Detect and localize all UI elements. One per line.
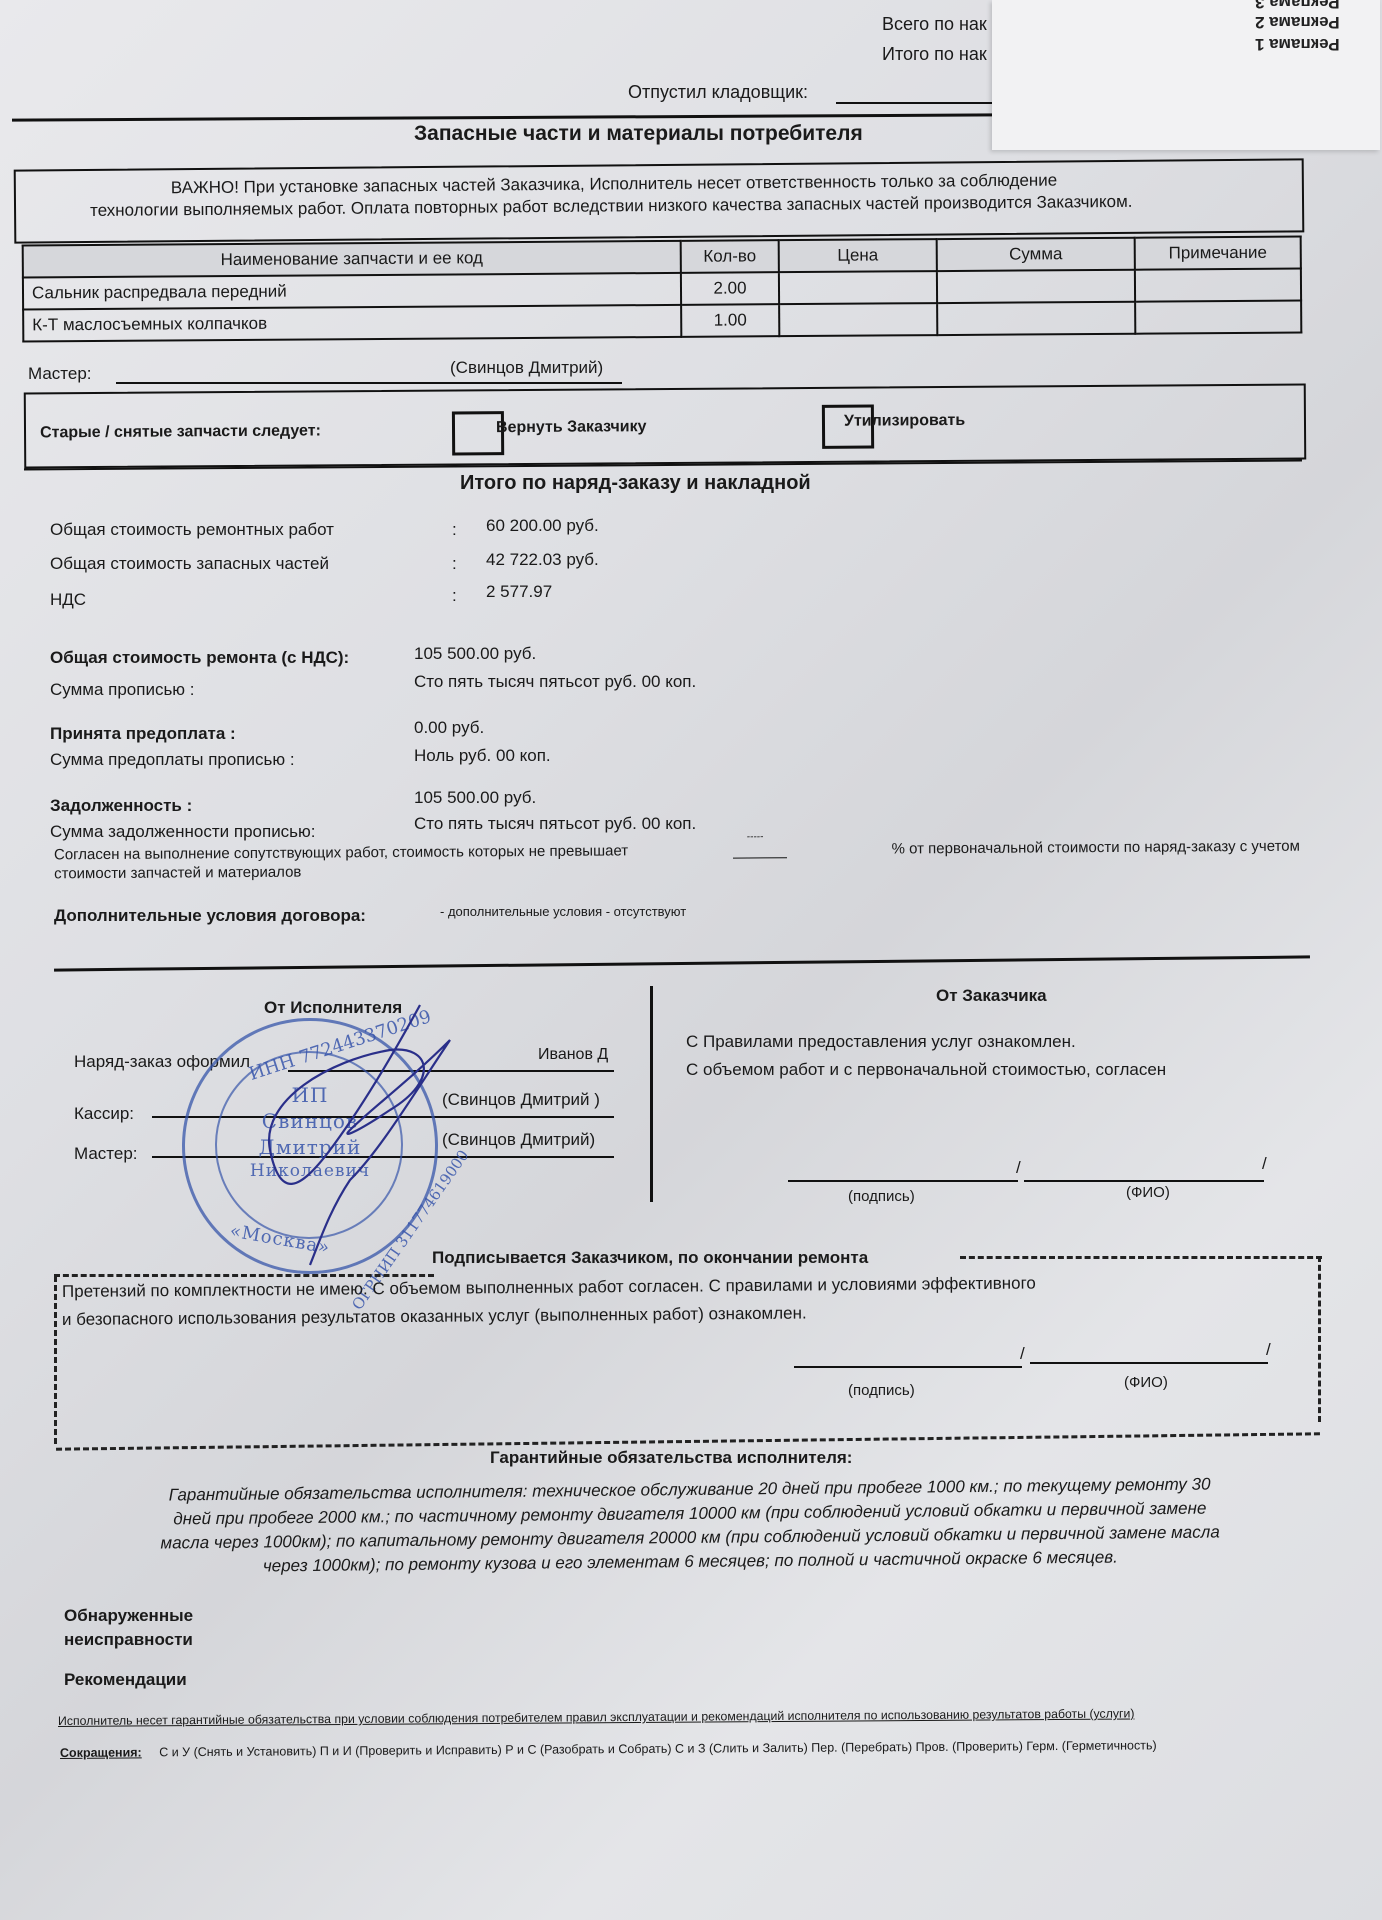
part-sum xyxy=(937,302,1135,335)
customer-title: От Заказчика xyxy=(936,986,1047,1006)
colon: : xyxy=(452,520,457,540)
warranty-text: Гарантийные обязательства исполнителя: т… xyxy=(100,1472,1281,1580)
dashed-border xyxy=(1318,1256,1321,1422)
prepayment-words-label: Сумма предоплаты прописью : xyxy=(50,750,295,770)
itogo-by-invoice-label: Итого по нак xyxy=(882,44,987,65)
part-qty: 2.00 xyxy=(681,272,779,305)
total-with-vat-value: 105 500.00 руб. xyxy=(414,644,536,664)
executor-master-label: Мастер: xyxy=(74,1144,138,1164)
vat-value: 2 577.97 xyxy=(486,582,552,602)
signatures-column-divider xyxy=(650,986,653,1202)
dispose-label: Утилизировать xyxy=(844,412,965,431)
slash: / xyxy=(1266,1340,1271,1360)
parts-cost-label: Общая стоимость запасных частей xyxy=(50,554,329,574)
warranty-title: Гарантийные обязательства исполнителя: xyxy=(490,1448,852,1468)
consent-text: Согласен на выполнение сопутствующих раб… xyxy=(54,838,1300,883)
part-note xyxy=(1135,301,1301,334)
part-note xyxy=(1135,269,1301,302)
recommendations-label: Рекомендации xyxy=(64,1670,187,1690)
labor-cost-label: Общая стоимость ремонтных работ xyxy=(50,520,334,540)
master-value: (Свинцов Дмитрий) xyxy=(450,358,603,378)
faults-label-2: неисправности xyxy=(64,1630,193,1650)
final-signature-line[interactable] xyxy=(794,1366,1022,1368)
debt-value: 105 500.00 руб. xyxy=(414,788,536,808)
debt-words-value: Сто пять тысяч пятьсот руб. 00 коп. xyxy=(414,814,696,834)
slash: / xyxy=(1016,1158,1021,1178)
sticker-label: Рекпама 2 xyxy=(1255,12,1340,32)
advertisement-sticker: Рекпама 1 Рекпама 2 Рекпама 3 xyxy=(992,0,1380,150)
customer-fio-caption: (ФИО) xyxy=(1126,1184,1170,1201)
customer-sign-caption: (подпись) xyxy=(848,1188,915,1205)
old-parts-box: Старые / снятые запчасти следует: Вернут… xyxy=(24,384,1306,469)
consent-percent-value: ----- xyxy=(747,831,764,842)
warning-box: ВАЖНО! При установке запасных частей Зак… xyxy=(14,158,1305,243)
prepayment-words-value: Ноль руб. 00 коп. xyxy=(414,746,551,766)
parts-cost-value: 42 722.03 руб. xyxy=(486,550,599,570)
signatures-divider xyxy=(54,955,1310,971)
column-header: Наименование запчасти и ее код xyxy=(23,241,681,278)
consent-percent-field[interactable]: ----- xyxy=(733,841,787,858)
faults-label-1: Обнаруженные xyxy=(64,1606,193,1626)
final-fio-line[interactable] xyxy=(1030,1362,1268,1364)
additional-conditions-label: Дополнительные условия договора: xyxy=(54,906,366,926)
consent-text-before: Согласен на выполнение сопутствующих раб… xyxy=(54,842,628,863)
column-header: Сумма xyxy=(937,238,1135,271)
final-sign-line-1: Претензий по комплектности не имею. С об… xyxy=(62,1274,1036,1302)
header-divider xyxy=(12,113,996,121)
master-signature-line xyxy=(116,382,622,384)
total-words-label: Сумма прописью : xyxy=(50,680,195,700)
debt-words-label: Сумма задолженности прописью: xyxy=(50,822,316,842)
customer-line-2: С объемом работ и с первоначальной стоим… xyxy=(686,1060,1166,1080)
column-header: Кол-во xyxy=(681,240,779,273)
section-title: Запасные части и материалы потребителя xyxy=(414,122,863,146)
final-sign-line-2: и безопасного использования результатов … xyxy=(62,1304,807,1330)
part-price xyxy=(779,303,937,336)
customer-signature-line[interactable] xyxy=(788,1180,1018,1182)
additional-conditions-value: - дополнительные условия - отсутствуют xyxy=(440,904,686,919)
dashed-border xyxy=(54,1274,434,1277)
part-name: Сальник распредвала передний xyxy=(23,273,681,310)
customer-line-1: С Правилами предоставления услуг ознаком… xyxy=(686,1032,1076,1052)
debt-label: Задолженность : xyxy=(50,796,192,816)
dashed-border xyxy=(54,1276,57,1444)
colon: : xyxy=(452,554,457,574)
return-to-customer-label: Вернуть Заказчику xyxy=(496,418,647,437)
abbreviations: Сокращения: С и У (Снять и Установить) П… xyxy=(60,1738,1157,1760)
final-sign-title: Подписывается Заказчиком, по окончании р… xyxy=(432,1248,868,1268)
storekeeper-signature-line xyxy=(836,102,996,104)
colon: : xyxy=(452,586,457,606)
abbreviations-value: С и У (Снять и Установить) П и И (Провер… xyxy=(159,1738,1157,1759)
labor-cost-value: 60 200.00 руб. xyxy=(486,516,599,536)
consent-text-after: % от первоначальной стоимости по наряд-з… xyxy=(892,838,1300,858)
guarantee-note: Исполнитель несет гарантийные обязательс… xyxy=(58,1706,1135,1728)
vat-label: НДС xyxy=(50,590,86,610)
totals-title: Итого по наряд-заказу и накладной xyxy=(460,472,811,495)
storekeeper-label: Отпустил кладовщик: xyxy=(628,82,808,103)
abbreviations-label: Сокращения: xyxy=(60,1745,142,1760)
parts-table: Наименование запчасти и ее код Кол-во Це… xyxy=(22,236,1303,343)
prepayment-label: Принята предоплата : xyxy=(50,724,236,744)
total-words-value: Сто пять тысяч пятьсот руб. 00 коп. xyxy=(414,672,696,692)
part-price xyxy=(779,271,937,304)
total-with-vat-label: Общая стоимость ремонта (с НДС): xyxy=(50,648,349,668)
slash: / xyxy=(1262,1154,1267,1174)
old-parts-label: Старые / снятые запчасти следует: xyxy=(40,422,321,442)
master-label: Мастер: xyxy=(28,364,92,384)
part-sum xyxy=(937,270,1135,303)
executor-signature xyxy=(240,1000,500,1270)
final-fio-caption: (ФИО) xyxy=(1124,1374,1168,1391)
cashier-label: Кассир: xyxy=(74,1104,134,1124)
dashed-border xyxy=(960,1256,1322,1259)
slash: / xyxy=(1020,1344,1025,1364)
column-header: Цена xyxy=(779,239,937,272)
total-by-invoice-label: Всего по нак xyxy=(882,14,987,35)
part-qty: 1.00 xyxy=(681,304,779,337)
sticker-label: Рекпама 1 xyxy=(1255,34,1340,54)
customer-fio-line[interactable] xyxy=(1024,1180,1264,1182)
column-header: Примечание xyxy=(1135,237,1301,270)
part-name: К-Т маслосъемных колпачков xyxy=(23,305,681,342)
order-made-by-value: Иванов Д xyxy=(538,1046,608,1064)
sticker-label: Рекпама 3 xyxy=(1255,0,1340,12)
prepayment-value: 0.00 руб. xyxy=(414,718,484,738)
final-sign-caption: (подпись) xyxy=(848,1382,915,1399)
